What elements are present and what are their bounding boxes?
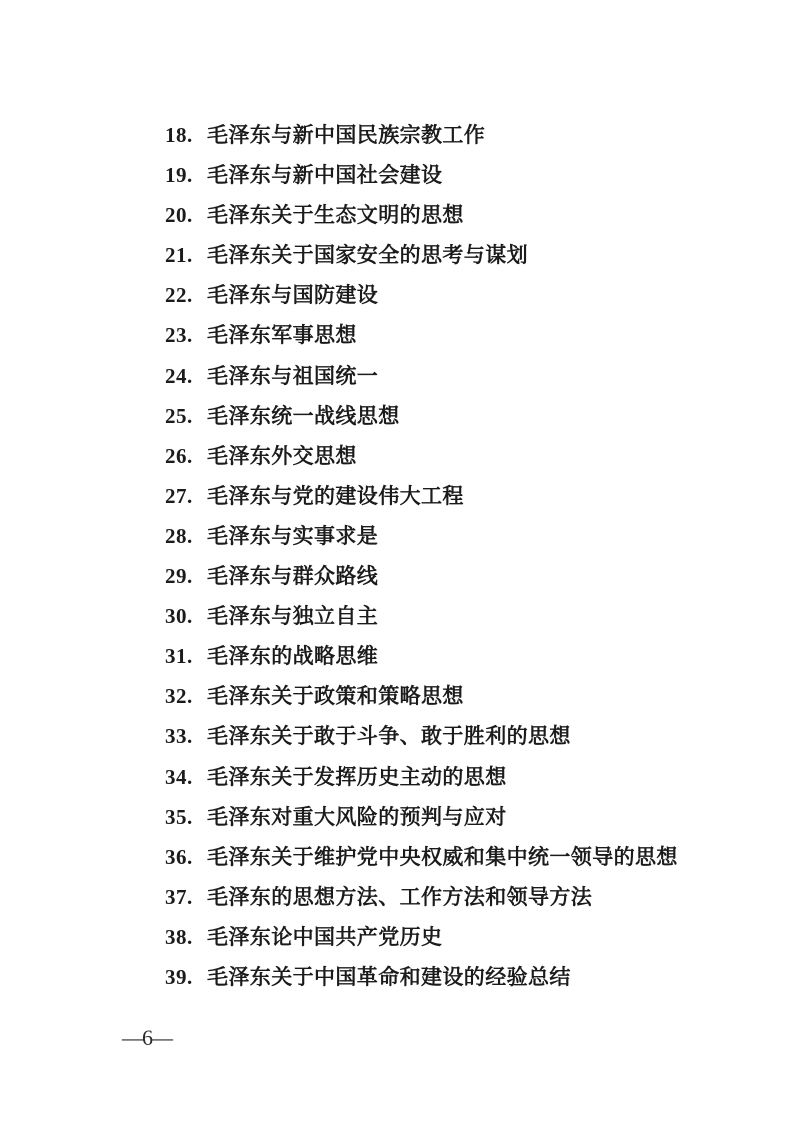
- item-title: 毛泽东统一战线思想: [207, 396, 400, 436]
- item-number: 19.: [165, 155, 207, 195]
- list-item: 18. 毛泽东与新中国民族宗教工作: [165, 115, 745, 155]
- item-title: 毛泽东军事思想: [207, 315, 357, 355]
- item-title: 毛泽东论中国共产党历史: [207, 917, 442, 957]
- item-title: 毛泽东关于敢于斗争、敢于胜利的思想: [207, 716, 571, 756]
- list-item: 35. 毛泽东对重大风险的预判与应对: [165, 797, 745, 837]
- item-number: 29.: [165, 556, 207, 596]
- item-title: 毛泽东与实事求是: [207, 516, 378, 556]
- item-title: 毛泽东关于生态文明的思想: [207, 195, 464, 235]
- list-item: 34. 毛泽东关于发挥历史主动的思想: [165, 757, 745, 797]
- list-item: 23. 毛泽东军事思想: [165, 315, 745, 355]
- list-item: 37. 毛泽东的思想方法、工作方法和领导方法: [165, 877, 745, 917]
- item-title: 毛泽东关于政策和策略思想: [207, 676, 464, 716]
- item-title: 毛泽东关于中国革命和建设的经验总结: [207, 957, 571, 997]
- item-title: 毛泽东对重大风险的预判与应对: [207, 797, 507, 837]
- item-number: 31.: [165, 636, 207, 676]
- item-number: 34.: [165, 757, 207, 797]
- item-number: 25.: [165, 396, 207, 436]
- list-item: 21. 毛泽东关于国家安全的思考与谋划: [165, 235, 745, 275]
- item-number: 26.: [165, 436, 207, 476]
- item-title: 毛泽东与新中国社会建设: [207, 155, 442, 195]
- list-item: 32. 毛泽东关于政策和策略思想: [165, 676, 745, 716]
- list-item: 25. 毛泽东统一战线思想: [165, 396, 745, 436]
- item-number: 28.: [165, 516, 207, 556]
- list-item: 20. 毛泽东关于生态文明的思想: [165, 195, 745, 235]
- topic-list: 18. 毛泽东与新中国民族宗教工作 19. 毛泽东与新中国社会建设 20. 毛泽…: [165, 115, 745, 997]
- list-item: 22. 毛泽东与国防建设: [165, 275, 745, 315]
- document-page: 18. 毛泽东与新中国民族宗教工作 19. 毛泽东与新中国社会建设 20. 毛泽…: [0, 0, 794, 1123]
- item-number: 21.: [165, 235, 207, 275]
- item-number: 39.: [165, 957, 207, 997]
- item-number: 22.: [165, 275, 207, 315]
- item-number: 18.: [165, 115, 207, 155]
- item-title: 毛泽东与党的建设伟大工程: [207, 476, 464, 516]
- item-number: 20.: [165, 195, 207, 235]
- list-item: 29. 毛泽东与群众路线: [165, 556, 745, 596]
- item-title: 毛泽东与独立自主: [207, 596, 378, 636]
- item-title: 毛泽东关于国家安全的思考与谋划: [207, 235, 528, 275]
- item-title: 毛泽东关于发挥历史主动的思想: [207, 757, 507, 797]
- item-number: 35.: [165, 797, 207, 837]
- list-item: 28. 毛泽东与实事求是: [165, 516, 745, 556]
- list-item: 27. 毛泽东与党的建设伟大工程: [165, 476, 745, 516]
- list-item: 33. 毛泽东关于敢于斗争、敢于胜利的思想: [165, 716, 745, 756]
- item-number: 27.: [165, 476, 207, 516]
- item-number: 24.: [165, 356, 207, 396]
- item-title: 毛泽东外交思想: [207, 436, 357, 476]
- item-title: 毛泽东与群众路线: [207, 556, 378, 596]
- list-item: 19. 毛泽东与新中国社会建设: [165, 155, 745, 195]
- item-number: 30.: [165, 596, 207, 636]
- item-title: 毛泽东的思想方法、工作方法和领导方法: [207, 877, 592, 917]
- list-item: 26. 毛泽东外交思想: [165, 436, 745, 476]
- item-title: 毛泽东与国防建设: [207, 275, 378, 315]
- list-item: 38. 毛泽东论中国共产党历史: [165, 917, 745, 957]
- item-number: 33.: [165, 716, 207, 756]
- item-title: 毛泽东关于维护党中央权威和集中统一领导的思想: [207, 837, 678, 877]
- list-item: 36. 毛泽东关于维护党中央权威和集中统一领导的思想: [165, 837, 745, 877]
- item-title: 毛泽东与新中国民族宗教工作: [207, 115, 485, 155]
- item-number: 32.: [165, 676, 207, 716]
- item-title: 毛泽东与祖国统一: [207, 356, 378, 396]
- list-item: 30. 毛泽东与独立自主: [165, 596, 745, 636]
- item-number: 23.: [165, 315, 207, 355]
- page-number: —6—: [122, 1025, 171, 1051]
- item-number: 37.: [165, 877, 207, 917]
- list-item: 24. 毛泽东与祖国统一: [165, 356, 745, 396]
- list-item: 39. 毛泽东关于中国革命和建设的经验总结: [165, 957, 745, 997]
- item-number: 36.: [165, 837, 207, 877]
- item-number: 38.: [165, 917, 207, 957]
- item-title: 毛泽东的战略思维: [207, 636, 378, 676]
- list-item: 31. 毛泽东的战略思维: [165, 636, 745, 676]
